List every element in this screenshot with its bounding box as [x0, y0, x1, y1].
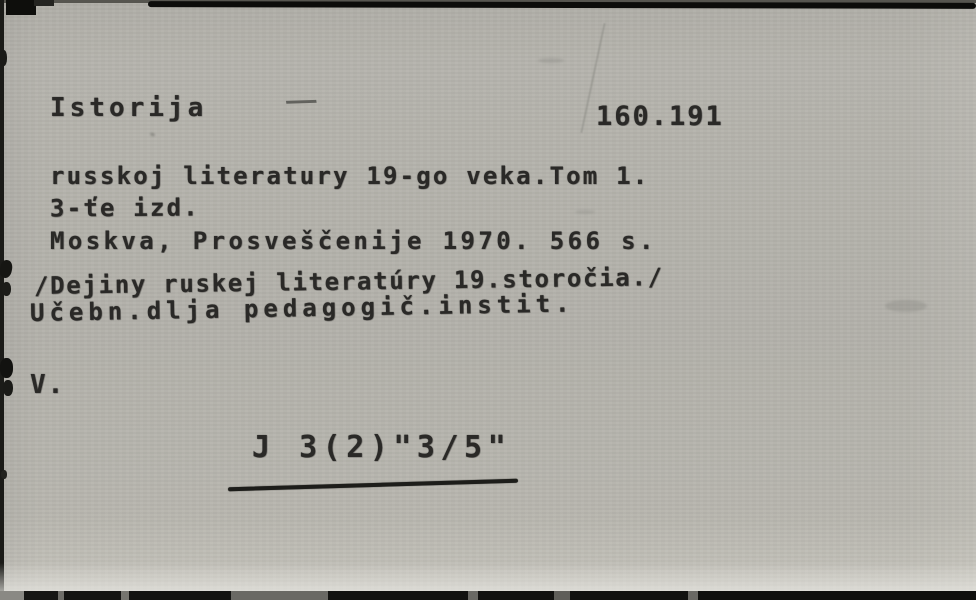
scan-artifact: [0, 358, 13, 378]
edition-line: 3-ťe izd.: [50, 194, 200, 221]
scan-artifact: [3, 380, 13, 396]
scan-artifact: [1, 470, 7, 479]
scan-bottom-highlight: [0, 563, 976, 591]
initial-mark: V.: [30, 371, 65, 400]
scan-edge-left: [0, 0, 4, 600]
scan-edge-bottom: [0, 591, 976, 600]
call-number: J 3(2)"3/5": [252, 431, 511, 464]
heading-dash: —: [284, 87, 318, 114]
scan-artifact-topleft: [6, 0, 36, 15]
scan-artifact: [0, 259, 13, 279]
scan-edge-top-dark: [148, 1, 976, 9]
scan-artifact-topleft-taper: [34, 0, 54, 6]
scan-artifact: [2, 282, 11, 296]
catalog-card-scan: Istorija — 160.191 russkoj literatury 19…: [0, 0, 976, 600]
scan-artifact: [0, 50, 7, 66]
call-number-underline: [228, 479, 518, 492]
ink-smudge: [575, 210, 595, 214]
ink-smudge: [885, 300, 927, 312]
imprint-line: Moskva, Prosveščenije 1970. 566 s.: [50, 228, 657, 254]
ink-smudge: [150, 132, 156, 137]
title-line: russkoj literatury 19-go veka.Tom 1.: [50, 163, 649, 189]
shelf-number: 160.191: [596, 102, 724, 132]
ink-smudge: [538, 58, 564, 63]
card-heading: Istorija: [50, 94, 207, 123]
